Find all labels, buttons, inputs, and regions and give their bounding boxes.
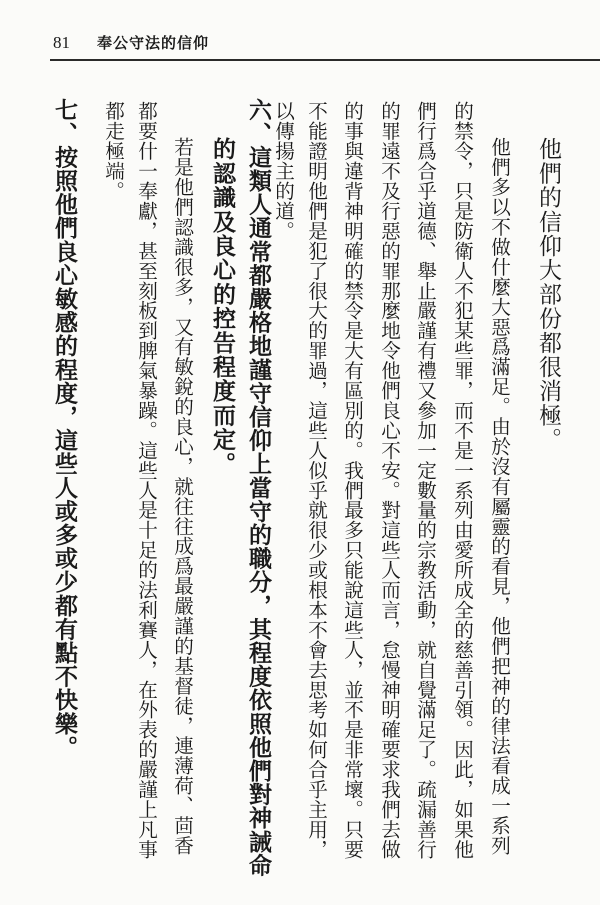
text-column: 的罪遠不及行惡的罪那麼地令他們良心不安。對這些人而言，怠慢神明確要求我們去做 — [379, 101, 399, 859]
header-rule — [50, 59, 600, 61]
section-heading-six: 六、這類人通常都嚴格地謹守信仰上當守的職分，其程度依照他們對神誡命 — [246, 98, 269, 877]
text-column: 們行爲合乎道德、舉止嚴謹有禮又參加一定數量的宗教活動，就自覺滿足了。疏漏善行 — [415, 101, 435, 859]
paragraph-heading: 他們的信仰大部份都很消極。 — [536, 137, 559, 452]
page-header: 81 奉公守法的信仰 — [53, 32, 209, 56]
text-column: 的事與違背神明確的禁令是大有區別的。我們最多只能說這些人，並不是非常壞。只要 — [342, 101, 362, 859]
text-column: 都走極端。 — [103, 101, 123, 201]
text-column: 的禁令，只是防衛人不犯某些罪，而不是一系列由愛所成全的慈善引領。因此，如果他 — [452, 101, 472, 859]
text-column: 不能證明他們是犯了很大的罪過，這些人似乎就很少或根本不會去思考如何合乎主用， — [306, 101, 326, 859]
running-title: 奉公守法的信仰 — [97, 32, 209, 53]
text-column: 若是他們認識很多，又有敏銳的良心，就往往成爲最嚴謹的基督徒，連薄荷、茴香 — [172, 137, 192, 855]
section-heading-seven: 七、按照他們良心敏感的程度，這些人或多或少都有點不快樂。 — [52, 98, 75, 759]
text-column: 他們多以不做什麼大惡爲滿足。由於沒有屬靈的看見，他們把神的律法看成一系列 — [489, 137, 509, 855]
page-number: 81 — [53, 33, 87, 53]
section-heading-six-continued: 的認識及良心的控告程度而定。 — [210, 137, 233, 476]
text-column: 都要什一奉獻，甚至刻板到脾氣暴躁。這些人是十足的法利賽人，在外表的嚴謹上凡事 — [136, 101, 156, 859]
text-column: 以傳揚主的道。 — [273, 101, 293, 241]
